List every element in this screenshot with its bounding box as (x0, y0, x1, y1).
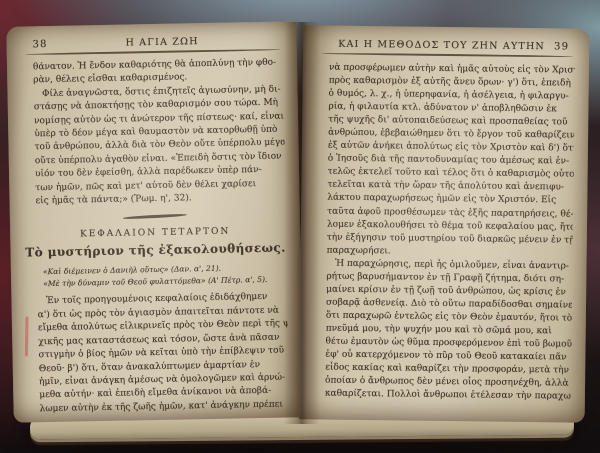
right-page: ΚΑΙ Η ΜΕΘΟΔΟΣ ΤΟΥ ΖΗΝ ΑΥΤΗΝ 39 νὰ προσφέ… (299, 25, 590, 422)
chapter-title: Τὸ μυστήριον τῆς ἐξακολουθήσεως. (10, 241, 300, 261)
left-body-paragraph: Ἐν τοῖς προηγουμένοις κεφαλαίοις ἐδιδάχθ… (11, 285, 303, 417)
left-paragraph: θάνατον. Ἡ ἔνδον καθαριότης θὰ ἀποπλύνῃ … (7, 50, 300, 209)
left-running-head: Η ΑΓΙΑ ΖΩΗ (48, 35, 277, 50)
left-page-number: 38 (32, 39, 47, 50)
reader-margin-mark (25, 316, 29, 356)
text-line: καθαρίζεται. Πολλοὶ ἄνθρωποι ἐτέλεσαν τὴ… (325, 388, 571, 404)
right-page-number: 39 (554, 41, 569, 52)
book-photo: 38 Η ΑΓΙΑ ΖΩΗ θάνατον. Ἡ ἔνδον καθαριότη… (0, 0, 600, 453)
left-page: 38 Η ΑΓΙΑ ΖΩΗ θάνατον. Ἡ ἔνδον καθαριότη… (6, 21, 304, 422)
left-page-header: 38 Η ΑΓΙΑ ΖΩΗ (6, 21, 296, 51)
right-body-paragraph: νὰ προσφέρωμεν αὐτὴν καὶ ἡμᾶς αὐτοὺς εἰς… (299, 54, 589, 404)
right-page-header: ΚΑΙ Η ΜΕΘΟΔΟΣ ΤΟΥ ΖΗΝ ΑΥΤΗΝ 39 (303, 25, 589, 52)
open-book: 38 Η ΑΓΙΑ ΖΩΗ θάνατον. Ἡ ἔνδον καθαριότη… (0, 0, 600, 453)
chapter-heading: ΚΕΦΑΛΑΙΟΝ ΤΕΤΑΡΤΟΝ (10, 226, 300, 242)
right-running-head: ΚΑΙ Η ΜΕΘΟΔΟΣ ΤΟΥ ΖΗΝ ΑΥΤΗΝ (329, 39, 554, 53)
section-divider (123, 214, 187, 220)
